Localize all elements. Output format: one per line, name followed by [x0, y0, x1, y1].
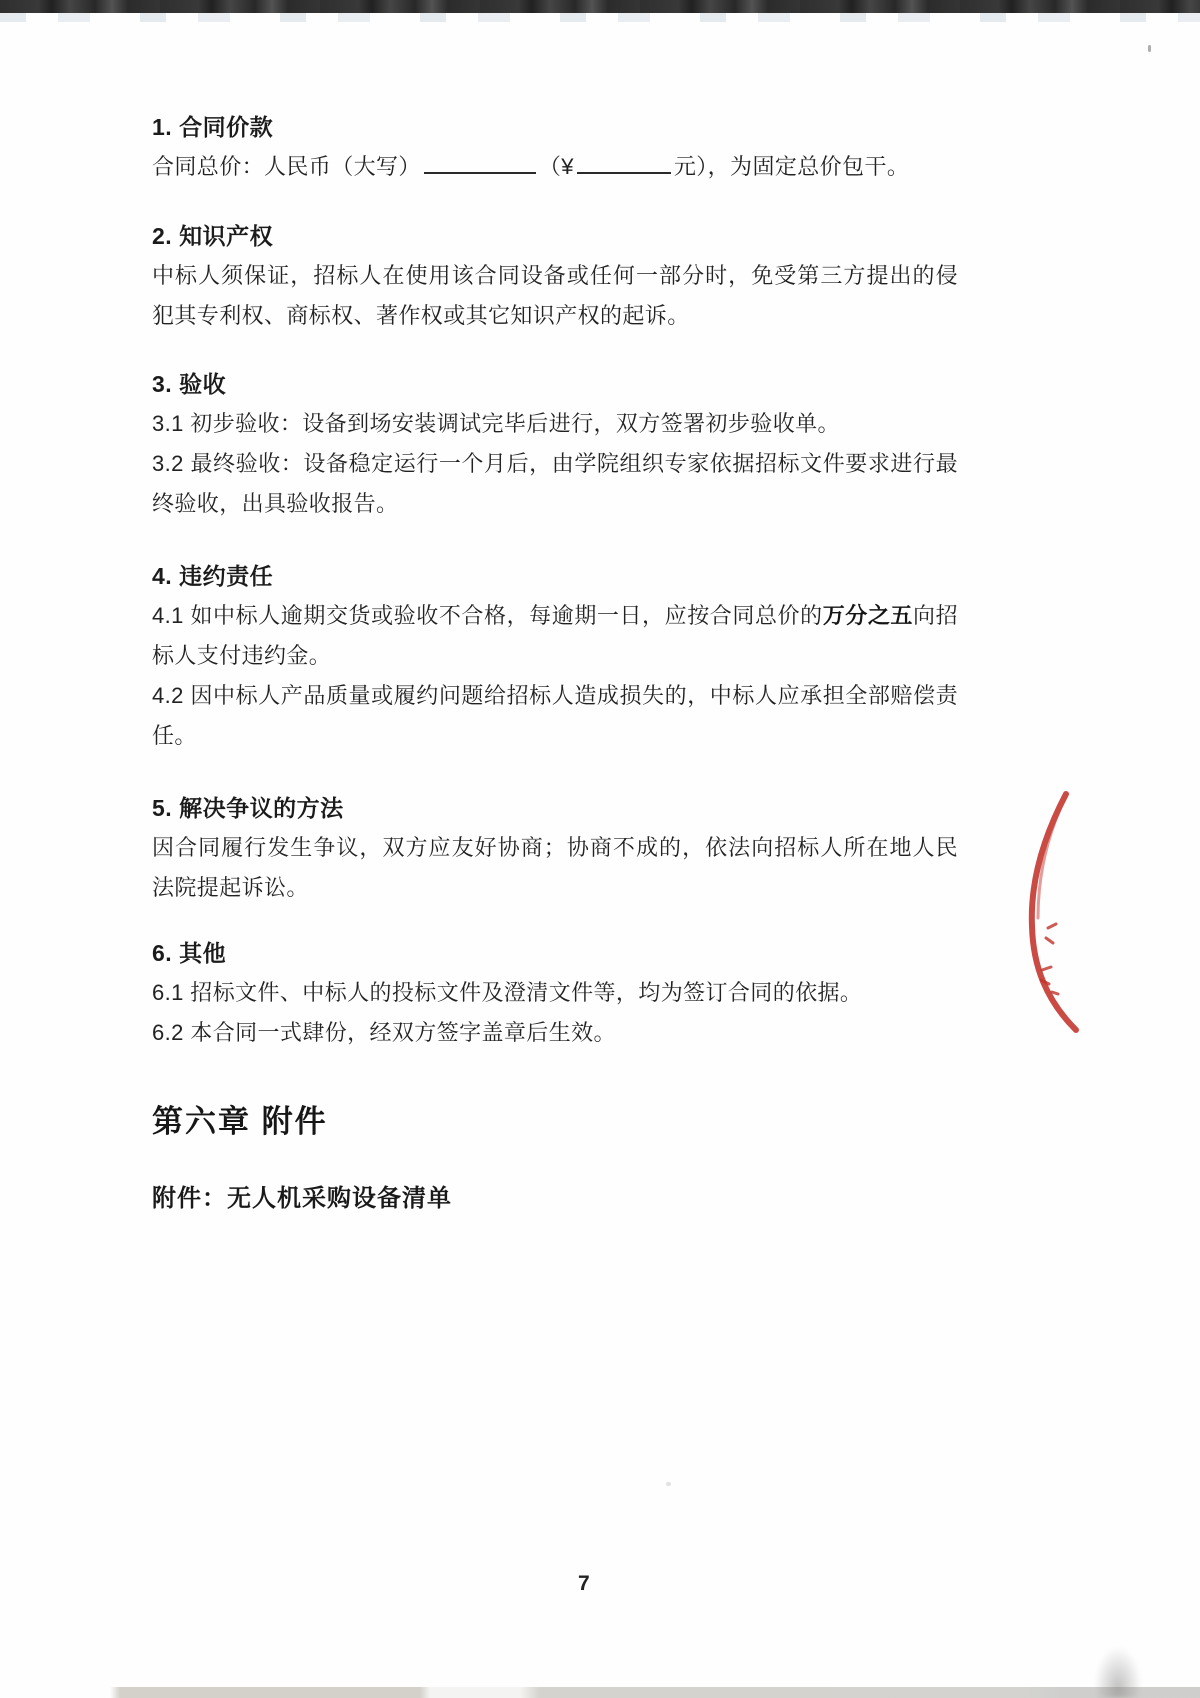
clause-4-1: 4.1 如中标人逾期交货或验收不合格，每逾期一日，应按合同总价的万分之五向招标人…	[152, 596, 958, 676]
section-acceptance: 3. 验收 3.1 初步验收：设备到场安装调试完毕后进行，双方签署初步验收单。 …	[152, 364, 958, 524]
scan-artifact-bottom-band	[0, 1687, 1200, 1698]
section-heading: 3. 验收	[152, 364, 958, 404]
amount-in-figures-blank	[577, 150, 671, 174]
clause-4-1-pre: 4.1 如中标人逾期交货或验收不合格，每逾期一日，应按合同总价的	[152, 603, 823, 628]
attachment-label: 附件：无人机采购设备清单	[152, 1178, 452, 1213]
clause-3-2: 3.2 最终验收：设备稳定运行一个月后，由学院组织专家依据招标文件要求进行最终验…	[152, 444, 958, 524]
price-text-post: 元），为固定总价包干。	[674, 154, 909, 179]
scan-speck	[1148, 45, 1151, 52]
section-contract-price: 1. 合同价款 合同总价：人民币（大写）（¥元），为固定总价包干。	[152, 107, 958, 187]
section-heading: 2. 知识产权	[152, 216, 958, 256]
section-heading: 5. 解决争议的方法	[152, 788, 958, 828]
scan-artifact-top-band	[0, 0, 1200, 13]
official-seal-stamp	[1008, 778, 1118, 1048]
section-dispute-resolution: 5. 解决争议的方法 因合同履行发生争议，双方应友好协商；协商不成的，依法向招标…	[152, 788, 958, 908]
clause-6-1: 6.1 招标文件、中标人的投标文件及澄清文件等，均为签订合同的依据。	[152, 973, 958, 1013]
section-breach-liability: 4. 违约责任 4.1 如中标人逾期交货或验收不合格，每逾期一日，应按合同总价的…	[152, 556, 958, 756]
chapter-title: 第六章 附件	[152, 1096, 328, 1141]
document-page: 1. 合同价款 合同总价：人民币（大写）（¥元），为固定总价包干。 2. 知识产…	[0, 0, 1200, 1698]
clause-text: 中标人须保证，招标人在使用该合同设备或任何一部分时，免受第三方提出的侵犯其专利权…	[152, 256, 958, 336]
clause-4-2: 4.2 因中标人产品质量或履约问题给招标人造成损失的，中标人应承担全部赔偿责任。	[152, 676, 958, 756]
clause-text: 因合同履行发生争议，双方应友好协商；协商不成的，依法向招标人所在地人民法院提起诉…	[152, 828, 958, 908]
scan-speck	[666, 1482, 671, 1486]
scan-artifact-top-ghost	[0, 13, 1200, 22]
contract-price-line: 合同总价：人民币（大写）（¥元），为固定总价包干。	[152, 147, 958, 187]
clause-6-2: 6.2 本合同一式肆份，经双方签字盖章后生效。	[152, 1013, 958, 1053]
page-number: 7	[578, 1572, 590, 1596]
section-intellectual-property: 2. 知识产权 中标人须保证，招标人在使用该合同设备或任何一部分时，免受第三方提…	[152, 216, 958, 336]
clause-3-1: 3.1 初步验收：设备到场安装调试完毕后进行，双方签署初步验收单。	[152, 404, 958, 444]
penalty-rate-emphasis: 万分之五	[823, 603, 913, 628]
price-text-pre: 合同总价：人民币（大写）	[152, 154, 421, 179]
section-miscellaneous: 6. 其他 6.1 招标文件、中标人的投标文件及澄清文件等，均为签订合同的依据。…	[152, 933, 958, 1053]
price-text-mid: （¥	[539, 154, 574, 179]
section-heading: 6. 其他	[152, 933, 958, 973]
section-heading: 1. 合同价款	[152, 107, 958, 147]
section-heading: 4. 违约责任	[152, 556, 958, 596]
amount-in-words-blank	[424, 150, 536, 174]
